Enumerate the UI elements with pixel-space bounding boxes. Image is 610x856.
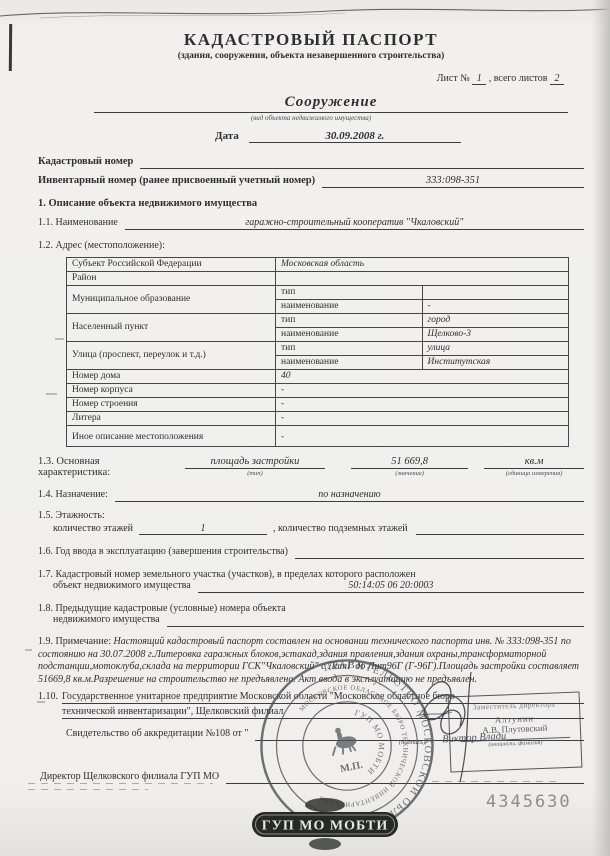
row-value: -	[276, 426, 569, 447]
deputy-stamp-box: Заместитель директора Алтунин А.В. Плуто…	[448, 691, 583, 772]
table-row: Улица (проспект, переулок и т.д.) тип ул…	[67, 342, 569, 356]
table-row: Район	[67, 272, 569, 286]
characteristic-unit-value: кв.м	[484, 456, 584, 469]
commissioning-year-label: 1.6. Год ввода в эксплуатацию (завершени…	[38, 546, 288, 559]
row-label: Район	[67, 272, 276, 286]
date-label: Дата	[215, 130, 239, 143]
row-value: -	[276, 384, 569, 398]
row-label: Иное описание местоположения	[67, 426, 276, 447]
sheet-number: 1	[472, 73, 486, 85]
row-value: 40	[276, 370, 569, 384]
floors-count-value: 1	[139, 523, 267, 535]
row-value: Институтская	[422, 356, 569, 370]
inventory-number-row: Инвентарный номер (ранее присвоенный уче…	[38, 175, 584, 188]
row-subfield: тип	[276, 314, 423, 328]
object-kind-caption: (вид объекта недвижимого имущества)	[38, 114, 584, 122]
underground-floors-value	[416, 523, 584, 535]
object-kind: Сооружение	[94, 94, 568, 111]
note-label: 1.9. Примечание:	[38, 636, 111, 647]
table-row: Муниципальное образование тип	[67, 286, 569, 300]
row-value: Щелково-3	[422, 328, 569, 342]
commissioning-year-value	[295, 546, 584, 559]
director-label: Директор Щелковского филиала ГУП МО	[40, 771, 219, 784]
row-label: Субъект Российской Федерации	[67, 258, 276, 272]
name-value: гаражно-строительный кооператив "Чкаловс…	[125, 217, 584, 230]
land-parcel-row: объект недвижимого имущества 50:14:05 06…	[53, 580, 584, 593]
scanned-cadastral-passport-page: КАДАСТРОВЫЙ ПАСПОРТ (здания, сооружения,…	[0, 0, 610, 856]
floors-count-label: количество этажей	[53, 523, 133, 535]
inventory-number-label: Инвентарный номер (ранее присвоенный уче…	[38, 175, 315, 188]
row-label: Населенный пункт	[67, 314, 276, 342]
table-row: Номер корпуса -	[67, 384, 569, 398]
section-1-heading: 1. Описание объекта недвижимого имуществ…	[38, 198, 584, 209]
row-label: Номер корпуса	[67, 384, 276, 398]
sheet-label: Лист №	[437, 73, 470, 84]
land-parcel-label-line1: 1.7. Кадастровый номер земельного участк…	[38, 569, 584, 580]
date-value: 30.09.2008 г.	[249, 130, 461, 143]
row-subfield: наименование	[276, 300, 423, 314]
cadastral-number-label: Кадастровый номер	[38, 156, 133, 169]
row-value: -	[422, 300, 569, 314]
main-characteristic-label: 1.3. Основная характеристика:	[38, 456, 169, 478]
characteristic-unit: кв.м (единица измерения)	[484, 456, 584, 477]
emblem-text: ГУП МО МОБТИ	[262, 819, 389, 834]
floors-row: количество этажей 1 , количество подземн…	[53, 523, 584, 535]
seal-mp-text: М.П.	[339, 760, 364, 776]
signature-caption: (подпись)	[399, 739, 425, 746]
commissioning-year-row: 1.6. Год ввода в эксплуатацию (завершени…	[38, 546, 584, 559]
cadastral-number-value	[140, 156, 584, 169]
row-subfield: тип	[276, 286, 423, 300]
deputy-title: Заместитель директора	[449, 699, 579, 713]
gup-mo-mobti-emblem: ГУП МО МОБТИ	[249, 795, 401, 853]
purpose-label: 1.4. Назначение:	[38, 489, 108, 502]
row-value: Московская область	[276, 258, 569, 272]
address-label: 1.2. Адрес (местоположение):	[38, 240, 584, 251]
seal-coat-of-arms-icon	[327, 725, 358, 757]
row-value: -	[276, 412, 569, 426]
underground-floors-label: , количество подземных этажей	[273, 523, 408, 535]
row-label: Номер дома	[67, 370, 276, 384]
purpose-row: 1.4. Назначение: по назначению	[38, 489, 584, 502]
purpose-value: по назначению	[115, 489, 584, 502]
row-subfield: наименование	[276, 356, 423, 370]
cadastral-number-row: Кадастровый номер	[38, 156, 584, 169]
document-subtitle: (здания, сооружения, объекта незавершенн…	[38, 51, 584, 61]
scan-speck	[25, 649, 32, 651]
row-value: улица	[422, 342, 569, 356]
row-label: Литера	[67, 412, 276, 426]
characteristic-type: площадь застройки (тип)	[185, 456, 325, 477]
table-row: Населенный пункт тип город	[67, 314, 569, 328]
row-subfield: тип	[276, 342, 423, 356]
name-label: 1.1. Наименование	[38, 217, 118, 230]
organization-number: 1.10.	[38, 691, 58, 719]
row-subfield: наименование	[276, 328, 423, 342]
characteristic-type-value: площадь застройки	[185, 456, 325, 469]
table-row: Иное описание местоположения -	[67, 426, 569, 447]
row-label: Улица (проспект, переулок и т.д.)	[67, 342, 276, 370]
table-row: Номер дома 40	[67, 370, 569, 384]
accreditation-label: Свидетельство об аккредитации №108 от "	[66, 728, 248, 741]
row-label: Номер строения	[67, 398, 276, 412]
document-title: КАДАСТРОВЫЙ ПАСПОРТ	[38, 30, 584, 50]
address-table: Субъект Российской Федерации Московская …	[66, 257, 569, 447]
characteristic-type-caption: (тип)	[185, 470, 325, 477]
inventory-number-value: 333:098-351	[322, 175, 584, 188]
object-kind-underline: Сооружение	[94, 94, 568, 113]
sheet-counter: Лист № 1 , всего листов 2	[38, 73, 564, 85]
form-serial-number: 4345630	[486, 792, 572, 812]
floors-heading: 1.5. Этажность:	[38, 510, 584, 521]
row-value	[422, 286, 569, 300]
characteristic-amount-caption: (значение)	[351, 470, 468, 477]
land-parcel-value: 50:14:05 06 20:0003	[198, 580, 584, 593]
previous-numbers-label-line2: недвижимого имущества	[53, 614, 160, 627]
table-row: Литера -	[67, 412, 569, 426]
scan-right-edge	[592, 0, 610, 856]
row-value: город	[422, 314, 569, 328]
total-sheets-number: 2	[550, 73, 564, 85]
previous-numbers-value	[167, 614, 584, 627]
characteristic-amount-value: 51 669,8	[351, 456, 468, 469]
total-sheets-label: , всего листов	[489, 73, 548, 84]
characteristic-unit-caption: (единица измерения)	[484, 470, 584, 477]
scan-edge-line	[0, 0, 610, 22]
previous-numbers-label-line1: 1.8. Предыдущие кадастровые (условные) н…	[38, 603, 584, 614]
table-row: Номер строения -	[67, 398, 569, 412]
scan-dashed-line	[28, 789, 148, 790]
characteristic-amount: 51 669,8 (значение)	[351, 456, 468, 477]
main-characteristic-row: 1.3. Основная характеристика: площадь за…	[38, 456, 584, 478]
row-value	[276, 272, 569, 286]
land-parcel-label-line2: объект недвижимого имущества	[53, 580, 191, 593]
date-row: Дата 30.09.2008 г.	[215, 130, 584, 143]
row-value: -	[276, 398, 569, 412]
scan-left-mark	[9, 24, 12, 71]
name-row: 1.1. Наименование гаражно-строительный к…	[38, 217, 584, 230]
table-row: Субъект Российской Федерации Московская …	[67, 258, 569, 272]
previous-numbers-row: недвижимого имущества	[53, 614, 584, 627]
row-label: Муниципальное образование	[67, 286, 276, 314]
